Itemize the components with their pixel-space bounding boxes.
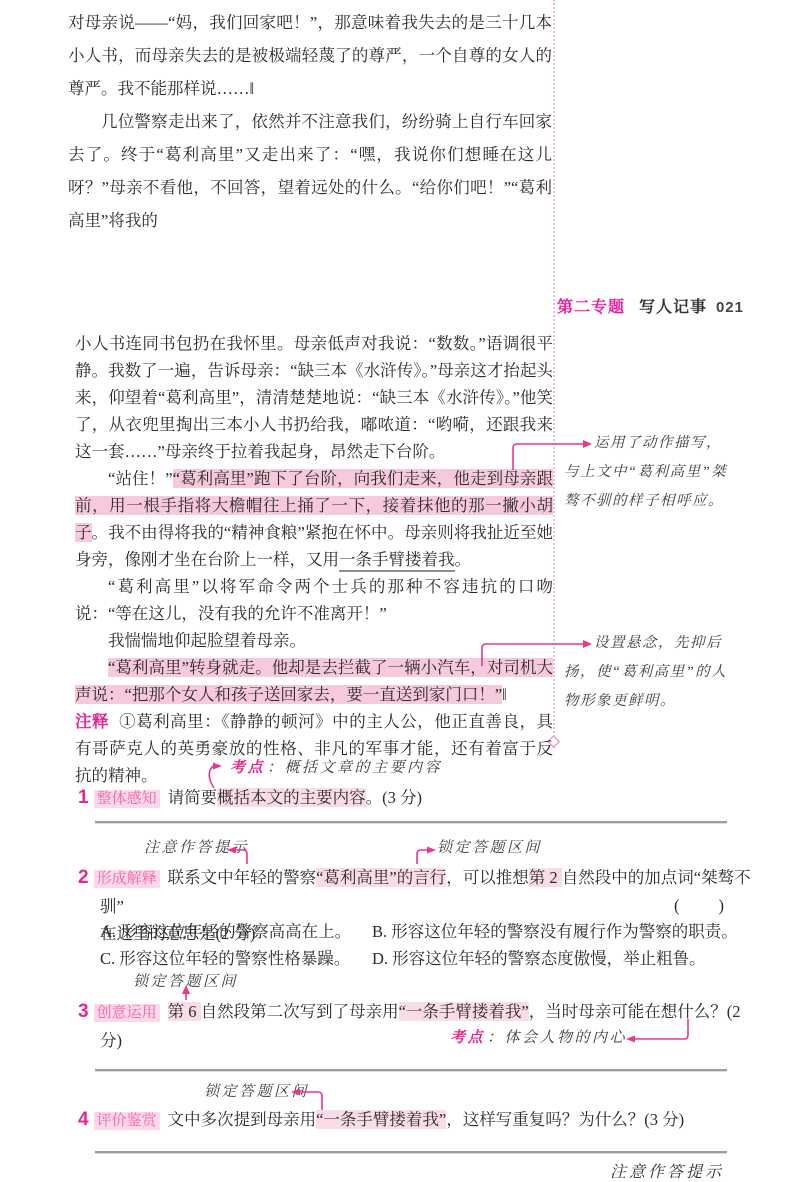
page-header: 第二专题写人记事021 bbox=[557, 294, 744, 317]
option-label: D. bbox=[372, 949, 388, 968]
answer-zone-note-q3: 锁定答题区间 bbox=[133, 970, 238, 991]
option-d: D. 形容这位年轻的警察态度傲慢，举止粗鲁。 bbox=[372, 945, 756, 972]
question-tag: 整体感知 bbox=[94, 790, 160, 808]
answer-zone-note-q2: 锁定答题区间 bbox=[437, 836, 542, 857]
section-divider bbox=[95, 821, 727, 823]
question-3: 3创意运用第 6 自然段第二次写到了母亲用“一条手臂搂着我”，当时母亲可能在想什… bbox=[100, 998, 756, 1054]
unit-title: 第二专题 bbox=[557, 299, 625, 316]
margin-note-2: 设置悬念，先抑后 扬，使“葛利高里”的人 物形象更鲜明。 bbox=[564, 629, 756, 716]
question-number: 2 bbox=[78, 867, 89, 888]
question-tag: 创意运用 bbox=[94, 1004, 160, 1022]
exam-point-label: 考点 bbox=[230, 760, 265, 776]
footnote-label: 注释 bbox=[75, 712, 109, 731]
exam-point-note-q1: 考点：概括文章的主要内容 bbox=[230, 756, 442, 777]
question-number: 4 bbox=[78, 1109, 89, 1130]
passage-paragraph: 我惴惴地仰起脸望着母亲。 bbox=[75, 627, 553, 654]
page-number: 021 bbox=[716, 299, 744, 316]
question-number: 1 bbox=[78, 787, 89, 808]
section-divider bbox=[95, 1069, 727, 1071]
question-text: 文中多次提到母亲用“一条手臂搂着我”，这样写重复吗？为什么？(3 分) bbox=[168, 1110, 685, 1129]
question-4: 4评价鉴赏文中多次提到母亲用“一条手臂搂着我”，这样写重复吗？为什么？(3 分) bbox=[100, 1106, 756, 1135]
arrow-q2-zone bbox=[417, 850, 427, 864]
section-divider bbox=[95, 1151, 727, 1153]
option-text: 形容这位年轻的警察态度傲慢，举止粗鲁。 bbox=[392, 949, 706, 968]
question-tag: 形成解释 bbox=[94, 870, 160, 888]
option-b: B. 形容这位年轻的警察没有履行作为警察的职责。 bbox=[372, 918, 756, 945]
passage-paragraph: “葛利高里”以将军命令两个士兵的那种不容违抗的口吻说：“等在这儿，没有我的允许不… bbox=[75, 573, 553, 627]
option-text: 形容这位年轻的警察高高在上。 bbox=[120, 922, 351, 941]
option-label: C. bbox=[100, 949, 115, 968]
option-text: 形容这位年轻的警察性格暴躁。 bbox=[119, 949, 350, 968]
answer-blank: ( ) bbox=[674, 892, 726, 916]
question-number: 3 bbox=[78, 1001, 89, 1022]
topic-title: 写人记事 bbox=[639, 299, 707, 316]
margin-note-1: 运用了动作描写， 与上文中“葛利高里”桀 骜不驯的样子相呼应。 bbox=[564, 429, 756, 516]
passage-paragraph: 小人书连同书包扔在我怀里。母亲低声对我说：“数数。”语调很平静。我数了一遍，告诉… bbox=[75, 330, 553, 465]
footer-hint-note: 注意作答提示 bbox=[610, 1159, 724, 1182]
workbook-page: 对母亲说——“妈，我们回家吧！”，那意味着我失去的是三十几本小人书，而母亲失去的… bbox=[0, 0, 790, 1182]
option-c: C. 形容这位年轻的警察性格暴躁。 bbox=[100, 945, 372, 972]
exam-point-text: ：概括文章的主要内容 bbox=[267, 760, 442, 776]
question-1: 1整体感知请简要概括本文的主要内容。(3 分) bbox=[100, 784, 756, 813]
passage: 小人书连同书包扔在我怀里。母亲低声对我说：“数数。”语调很平静。我数了一遍，告诉… bbox=[75, 330, 553, 789]
option-a: A. 形容这位年轻的警察高高在上。 bbox=[100, 918, 372, 945]
answer-hint-note-q2: 注意作答提示 bbox=[144, 836, 249, 857]
prev-page-text: 对母亲说——“妈，我们回家吧！”，那意味着我失去的是三十几本小人书，而母亲失去的… bbox=[68, 6, 552, 237]
options-row-1: A. 形容这位年轻的警察高高在上。 B. 形容这位年轻的警察没有履行作为警察的职… bbox=[100, 918, 756, 945]
question-text: 第 6 自然段第二次写到了母亲用“一条手臂搂着我”，当时母亲可能在想什么？(2 … bbox=[100, 1002, 741, 1050]
passage-paragraph: “站住！”“葛利高里”跑下了台阶，向我们走来，他走到母亲跟前，用一根手指将大檐帽… bbox=[75, 465, 553, 573]
question-tag: 评价鉴赏 bbox=[94, 1112, 160, 1130]
paragraph: 几位警察走出来了，依然并不注意我们，纷纷骑上自行车回家去了。终于“葛利高里”又走… bbox=[68, 105, 552, 237]
option-label: B. bbox=[372, 922, 387, 941]
option-label: A. bbox=[100, 922, 116, 941]
answer-zone-note-q4: 锁定答题区间 bbox=[204, 1080, 309, 1101]
question-text: 请简要概括本文的主要内容。(3 分) bbox=[168, 788, 422, 807]
paragraph: 对母亲说——“妈，我们回家吧！”，那意味着我失去的是三十几本小人书，而母亲失去的… bbox=[68, 6, 552, 105]
margin-divider-dotted bbox=[553, 0, 555, 748]
options-row-2: C. 形容这位年轻的警察性格暴躁。 D. 形容这位年轻的警察态度傲慢，举止粗鲁。 bbox=[100, 945, 756, 972]
passage-paragraph: “葛利高里”转身就走。他却是去拦截了一辆小汽车，对司机大声说：“把那个女人和孩子… bbox=[75, 654, 553, 708]
option-text: 形容这位年轻的警察没有履行作为警察的职责。 bbox=[391, 922, 738, 941]
